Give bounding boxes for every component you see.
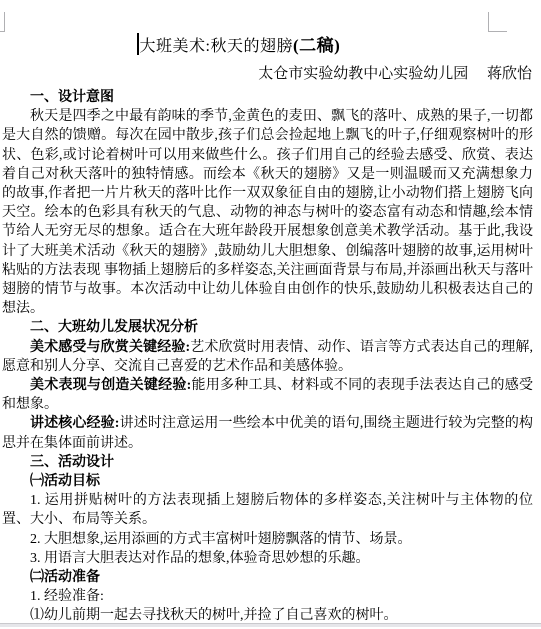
preparation-item-1: 1. 经验准备: (2, 587, 533, 606)
goal-item-1: 1. 运用拼贴树叶的方法表现插上翅膀后物体的多样姿态,关注树叶与主体物的位置、大… (2, 491, 533, 529)
key-experience-creation-label: 美术表现与创造关键经验: (30, 378, 191, 393)
subheading-activity-preparation: ㈡活动准备 (2, 568, 533, 587)
page-title-draft-suffix: (二稿) (293, 36, 340, 55)
key-experience-narration: 讲述核心经验:讲述时注意运用一些绘本中优美的语句,围绕主题进行较为完整的构思并在… (2, 414, 533, 452)
margin-crop-mark-top-left (0, 31, 5, 32)
key-experience-appreciation-label: 美术感受与欣赏关键经验: (30, 340, 190, 355)
text-cursor (137, 33, 139, 55)
document-body[interactable]: 一、设计意图 秋天是四季之中最有韵味的季节,金黄色的麦田、飘飞的落叶、成熟的果子… (0, 88, 541, 626)
window-bottom-edge (0, 623, 541, 627)
section-heading-2: 二、大班幼儿发展状况分析 (2, 318, 533, 337)
key-experience-appreciation: 美术感受与欣赏关键经验:艺术欣赏时用表情、动作、语言等方式表达自己的理解,愿意和… (2, 338, 533, 376)
byline: 太仓市实验幼教中心实验幼儿园 蒋欣怡 (0, 64, 532, 84)
design-intent-paragraph: 秋天是四季之中最有韵味的季节,金黄色的麦田、飘飞的落叶、成熟的果子,一切都是大自… (2, 107, 533, 318)
document-page: 大班美术:秋天的翅膀(二稿) 太仓市实验幼教中心实验幼儿园 蒋欣怡 一、设计意图… (0, 0, 541, 629)
section-heading-1: 一、设计意图 (2, 88, 533, 107)
goal-item-2: 2. 大胆想象,运用添画的方式丰富树叶翅膀飘落的情节、场景。 (2, 530, 533, 549)
key-experience-narration-label: 讲述核心经验: (30, 416, 119, 431)
subheading-activity-goals: ㈠活动目标 (2, 472, 533, 491)
section-heading-3: 三、活动设计 (2, 453, 533, 472)
goal-item-3: 3. 用语言大胆表达对作品的想象,体验奇思妙想的乐趣。 (2, 549, 533, 568)
page-title-main: 大班美术:秋天的翅膀 (140, 38, 293, 55)
margin-crop-mark-top-left (4, 12, 5, 31)
margin-crop-mark-top-right (488, 31, 507, 32)
key-experience-creation: 美术表现与创造关键经验:能用多种工具、材料或不同的表现手法表达自己的感受和想象。 (2, 376, 533, 414)
margin-crop-mark-top-right (488, 12, 489, 32)
page-title: 大班美术:秋天的翅膀(二稿) (0, 0, 541, 59)
